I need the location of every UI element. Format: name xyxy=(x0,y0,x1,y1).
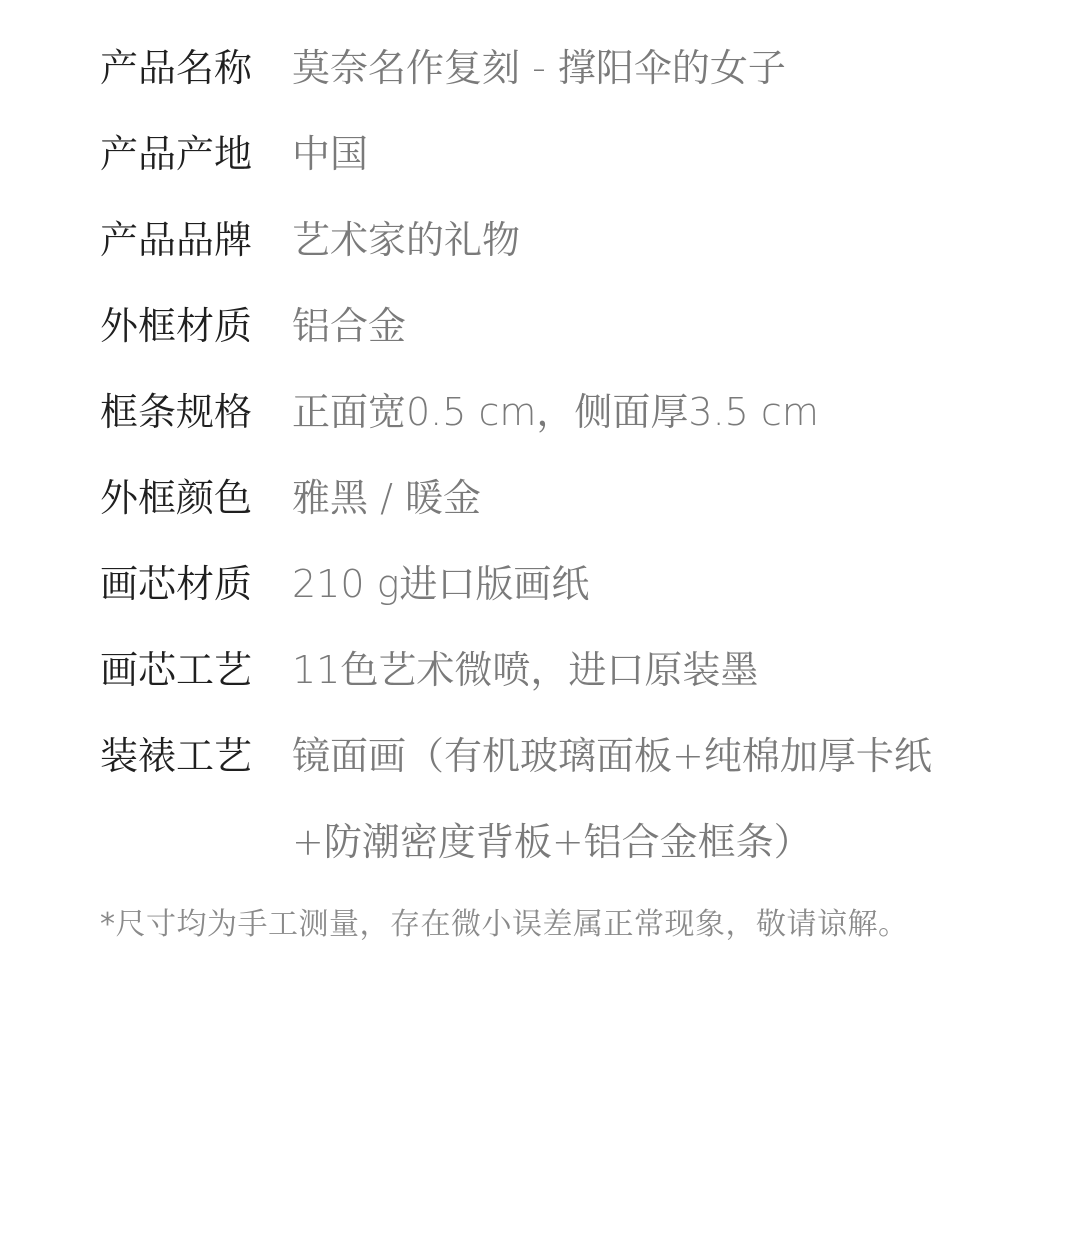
spec-row-origin: 产品产地 中国 xyxy=(100,126,1000,212)
spec-label: 装裱工艺 xyxy=(100,728,292,784)
spec-label: 画芯材质 xyxy=(100,556,292,612)
measurement-disclaimer: *尺寸均为手工测量，存在微小误差属正常现象，敬请谅解。 xyxy=(100,903,909,947)
product-spec-table: 产品名称 莫奈名作复刻 - 撑阳伞的女子 产品产地 中国 产品品牌 艺术家的礼物… xyxy=(100,40,1000,900)
spec-value-line: 镜面画（有机玻璃面板+纯棉加厚卡纸 xyxy=(292,728,1000,814)
spec-value: 11色艺术微喷，进口原装墨 xyxy=(292,642,1000,698)
spec-label: 框条规格 xyxy=(100,384,292,440)
spec-value: 镜面画（有机玻璃面板+纯棉加厚卡纸 +防潮密度背板+铝合金框条） xyxy=(292,728,1000,900)
spec-row-frame-material: 外框材质 铝合金 xyxy=(100,298,1000,384)
spec-value: 艺术家的礼物 xyxy=(292,212,1000,268)
spec-row-frame-spec: 框条规格 正面宽0.5 cm，侧面厚3.5 cm xyxy=(100,384,1000,470)
spec-label: 外框材质 xyxy=(100,298,292,354)
spec-row-product-name: 产品名称 莫奈名作复刻 - 撑阳伞的女子 xyxy=(100,40,1000,126)
spec-value: 雅黑 / 暖金 xyxy=(292,470,1000,526)
spec-label: 画芯工艺 xyxy=(100,642,292,698)
spec-label: 产品品牌 xyxy=(100,212,292,268)
spec-value-line: +防潮密度背板+铝合金框条） xyxy=(292,814,1000,900)
spec-value: 铝合金 xyxy=(292,298,1000,354)
spec-row-frame-color: 外框颜色 雅黑 / 暖金 xyxy=(100,470,1000,556)
spec-label: 产品产地 xyxy=(100,126,292,182)
spec-value: 210 g进口版画纸 xyxy=(292,556,1000,612)
spec-value: 正面宽0.5 cm，侧面厚3.5 cm xyxy=(292,384,1000,440)
spec-value: 莫奈名作复刻 - 撑阳伞的女子 xyxy=(292,40,1000,96)
spec-row-mounting-process: 装裱工艺 镜面画（有机玻璃面板+纯棉加厚卡纸 +防潮密度背板+铝合金框条） xyxy=(100,728,1000,900)
spec-row-canvas-process: 画芯工艺 11色艺术微喷，进口原装墨 xyxy=(100,642,1000,728)
spec-row-brand: 产品品牌 艺术家的礼物 xyxy=(100,212,1000,298)
spec-label: 产品名称 xyxy=(100,40,292,96)
spec-value: 中国 xyxy=(292,126,1000,182)
spec-row-canvas-material: 画芯材质 210 g进口版画纸 xyxy=(100,556,1000,642)
spec-label: 外框颜色 xyxy=(100,470,292,526)
